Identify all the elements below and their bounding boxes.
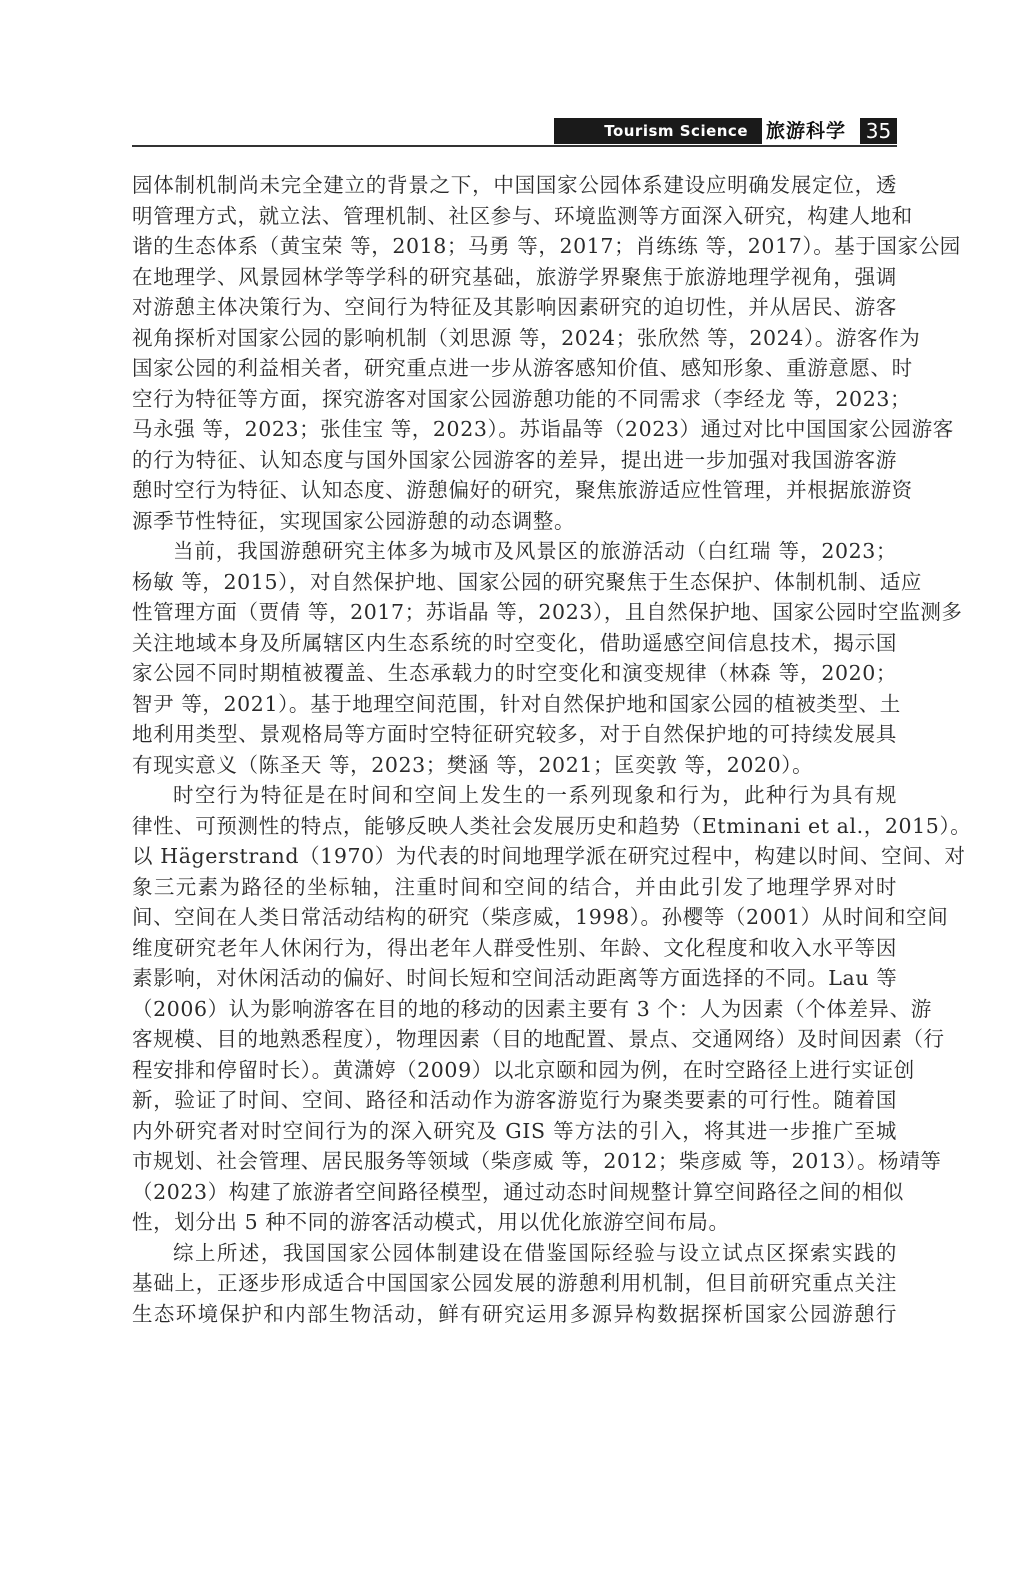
running-header: Tourism Science 旅游科学 35 — [132, 118, 897, 144]
text-line: 关注地域本身及所属辖区内生态系统的时空变化，借助遥感空间信息技术，揭示国 — [132, 628, 897, 659]
journal-title-chinese: 旅游科学 — [766, 118, 846, 144]
text-line: 象三元素为路径的坐标轴，注重时间和空间的结合，并由此引发了地理学界对时 — [132, 872, 897, 903]
text-line: 谐的生态体系（黄宝荣 等，2018；马勇 等，2017；肖练练 等，2017）。… — [132, 231, 897, 262]
text-line: 素影响，对休闲活动的偏好、时间长短和空间活动距离等方面选择的不同。Lau 等 — [132, 963, 897, 994]
paragraph-1: 园体制机制尚未完全建立的背景之下，中国国家公园体系建设应明确发展定位，透 明管理… — [132, 170, 897, 536]
text-line: 以 Hägerstrand（1970）为代表的时间地理学派在研究过程中，构建以时… — [132, 841, 897, 872]
text-line: 有现实意义（陈圣天 等，2023；樊涵 等，2021；匡奕敦 等，2020）。 — [132, 750, 897, 781]
journal-title-english: Tourism Science — [554, 118, 762, 144]
paragraph-3: 时空行为特征是在时间和空间上发生的一系列现象和行为，此种行为具有规 律性、可预测… — [132, 780, 897, 1238]
text-line: 综上所述，我国国家公园体制建设在借鉴国际经验与设立试点区探索实践的 — [132, 1238, 897, 1269]
text-line: 基础上，正逐步形成适合中国国家公园发展的游憩利用机制，但目前研究重点关注 — [132, 1268, 897, 1299]
text-line: 新，验证了时间、空间、路径和活动作为游客游览行为聚类要素的可行性。随着国 — [132, 1085, 897, 1116]
text-line: （2006）认为影响游客在目的地的移动的因素主要有 3 个：人为因素（个体差异、… — [132, 994, 897, 1025]
text-line: 当前，我国游憩研究主体多为城市及风景区的旅游活动（白红瑞 等，2023； — [132, 536, 897, 567]
article-body: 园体制机制尚未完全建立的背景之下，中国国家公园体系建设应明确发展定位，透 明管理… — [132, 170, 897, 1329]
text-line: 市规划、社会管理、居民服务等领域（柴彦威 等，2012；柴彦威 等，2013）。… — [132, 1146, 897, 1177]
text-line: 在地理学、风景园林学等学科的研究基础，旅游学界聚焦于旅游地理学视角，强调 — [132, 262, 897, 293]
paragraph-4: 综上所述，我国国家公园体制建设在借鉴国际经验与设立试点区探索实践的 基础上，正逐… — [132, 1238, 897, 1330]
text-line: 马永强 等，2023；张佳宝 等，2023）。苏诣晶等（2023）通过对比中国国… — [132, 414, 897, 445]
text-line: 园体制机制尚未完全建立的背景之下，中国国家公园体系建设应明确发展定位，透 — [132, 170, 897, 201]
text-line: 智尹 等，2021）。基于地理空间范围，针对自然保护地和国家公园的植被类型、土 — [132, 689, 897, 720]
page-number: 35 — [860, 118, 897, 144]
text-line: 内外研究者对时空间行为的深入研究及 GIS 等方法的引入，将其进一步推广至城 — [132, 1116, 897, 1147]
text-line: 国家公园的利益相关者，研究重点进一步从游客感知价值、感知形象、重游意愿、时 — [132, 353, 897, 384]
text-line: 维度研究老年人休闲行为，得出老年人群受性别、年龄、文化程度和收入水平等因 — [132, 933, 897, 964]
text-line: 律性、可预测性的特点，能够反映人类社会发展历史和趋势（Etminani et a… — [132, 811, 897, 842]
text-line: 空行为特征等方面，探究游客对国家公园游憩功能的不同需求（李经龙 等，2023； — [132, 384, 897, 415]
text-line: 时空行为特征是在时间和空间上发生的一系列现象和行为，此种行为具有规 — [132, 780, 897, 811]
text-line: 对游憩主体决策行为、空间行为特征及其影响因素研究的迫切性，并从居民、游客 — [132, 292, 897, 323]
text-line: 明管理方式，就立法、管理机制、社区参与、环境监测等方面深入研究，构建人地和 — [132, 201, 897, 232]
text-line: 程安排和停留时长）。黄潇婷（2009）以北京颐和园为例，在时空路径上进行实证创 — [132, 1055, 897, 1086]
text-line: 憩时空行为特征、认知态度、游憩偏好的研究，聚焦旅游适应性管理，并根据旅游资 — [132, 475, 897, 506]
header-divider — [132, 145, 897, 147]
text-line: 性管理方面（贾倩 等，2017；苏诣晶 等，2023），且自然保护地、国家公园时… — [132, 597, 897, 628]
text-line: 源季节性特征，实现国家公园游憩的动态调整。 — [132, 506, 897, 537]
text-line: 地利用类型、景观格局等方面时空特征研究较多，对于自然保护地的可持续发展具 — [132, 719, 897, 750]
text-line: 客规模、目的地熟悉程度），物理因素（目的地配置、景点、交通网络）及时间因素（行 — [132, 1024, 897, 1055]
text-line: （2023）构建了旅游者空间路径模型，通过动态时间规整计算空间路径之间的相似 — [132, 1177, 897, 1208]
text-line: 杨敏 等，2015），对自然保护地、国家公园的研究聚焦于生态保护、体制机制、适应 — [132, 567, 897, 598]
text-line: 间、空间在人类日常活动结构的研究（柴彦威，1998）。孙樱等（2001）从时间和… — [132, 902, 897, 933]
paragraph-2: 当前，我国游憩研究主体多为城市及风景区的旅游活动（白红瑞 等，2023； 杨敏 … — [132, 536, 897, 780]
text-line: 生态环境保护和内部生物活动，鲜有研究运用多源异构数据探析国家公园游憩行 — [132, 1299, 897, 1330]
text-line: 性，划分出 5 种不同的游客活动模式，用以优化旅游空间布局。 — [132, 1207, 897, 1238]
text-line: 的行为特征、认知态度与国外国家公园游客的差异，提出进一步加强对我国游客游 — [132, 445, 897, 476]
text-line: 家公园不同时期植被覆盖、生态承载力的时空变化和演变规律（林森 等，2020； — [132, 658, 897, 689]
text-line: 视角探析对国家公园的影响机制（刘思源 等，2024；张欣然 等，2024）。游客… — [132, 323, 897, 354]
